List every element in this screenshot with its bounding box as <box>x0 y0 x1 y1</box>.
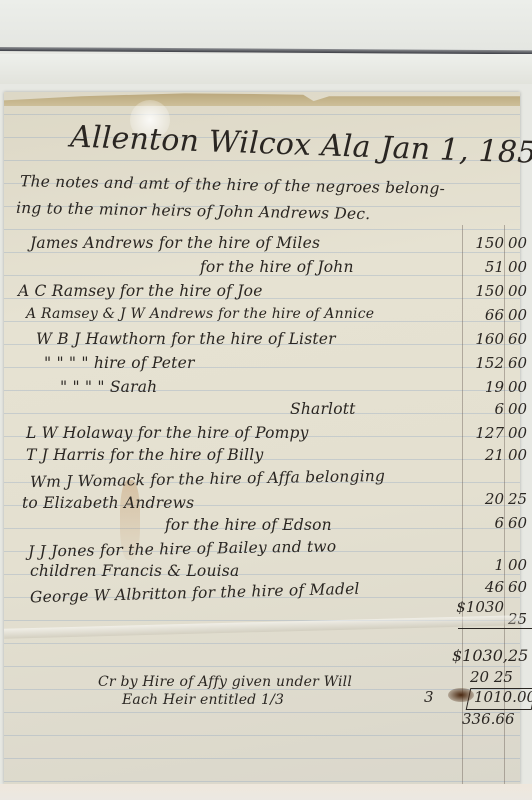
frame-mat-inner <box>0 54 532 84</box>
entry-text: for the hire of Edson <box>165 516 332 534</box>
entry-text: " " " " hire of Peter <box>44 354 195 372</box>
entry-cents: 00 <box>508 282 532 300</box>
entry-dollars: 127 <box>468 424 504 442</box>
entry-text: to Elizabeth Andrews <box>22 494 194 512</box>
summary-divisor: 3 <box>424 688 434 706</box>
entry-text: L W Holaway for the hire of Pompy <box>26 424 309 442</box>
entry-dollars: 46 <box>468 578 504 596</box>
torn-edge <box>4 92 520 106</box>
entry-dollars: 150 <box>468 234 504 252</box>
summary-per-heir: 336.66 <box>462 710 515 728</box>
entry-text: Sharlott <box>290 400 356 418</box>
entry-cents: 60 <box>508 578 532 596</box>
entry-dollars: 152 <box>468 354 504 372</box>
entry-cents: 00 <box>508 234 532 252</box>
entry-cents: 00 <box>508 400 532 418</box>
summary-note: Each Heir entitled 1/3 <box>122 692 284 708</box>
entry-cents: 00 <box>508 258 532 276</box>
entry-dollars: 6 <box>468 400 504 418</box>
entry-dollars: 160 <box>468 330 504 348</box>
entry-dollars: 19 <box>468 378 504 396</box>
entry-dollars: 20 <box>468 490 504 508</box>
entry-cents: 25 <box>508 490 532 508</box>
entry-dollars: 150 <box>468 282 504 300</box>
entry-dollars: 51 <box>468 258 504 276</box>
ink-stain <box>448 688 474 702</box>
entry-cents: 00 <box>508 446 532 464</box>
entry-text: James Andrews for the hire of Miles <box>30 234 320 252</box>
frame-mat-bottom <box>0 784 532 800</box>
entry-cents: 00 <box>508 306 532 324</box>
summary-net: 1010.00 <box>474 688 532 706</box>
summary-deduction: 20 25 <box>470 668 513 686</box>
entry-dollars: 1 <box>468 556 504 574</box>
entry-text: A C Ramsey for the hire of Joe <box>18 282 263 300</box>
entry-dollars: 6 <box>468 514 504 532</box>
summary-total: $1030,25 <box>452 646 528 665</box>
subtotal-rule <box>458 628 532 629</box>
subtotal-dollars: $1030 <box>448 598 504 616</box>
entry-cents: 00 <box>508 424 532 442</box>
entry-dollars: 21 <box>468 446 504 464</box>
entry-cents: 60 <box>508 330 532 348</box>
entry-cents: 60 <box>508 354 532 372</box>
summary-note: Cr by Hire of Affy given under Will <box>98 674 352 690</box>
entry-text: children Francis & Louisa <box>30 562 239 580</box>
entry-dollars: 66 <box>468 306 504 324</box>
entry-text: A Ramsey & J W Andrews for the hire of A… <box>26 306 374 322</box>
entry-cents: 00 <box>508 378 532 396</box>
frame-mat-top <box>0 0 532 52</box>
entry-text: T J Harris for the hire of Billy <box>26 446 263 464</box>
entry-cents: 00 <box>508 556 532 574</box>
entry-cents: 60 <box>508 514 532 532</box>
entry-text: for the hire of John <box>200 258 354 276</box>
entry-text: W B J Hawthorn for the hire of Lister <box>36 330 336 348</box>
entry-text: " " " " Sarah <box>60 378 157 396</box>
